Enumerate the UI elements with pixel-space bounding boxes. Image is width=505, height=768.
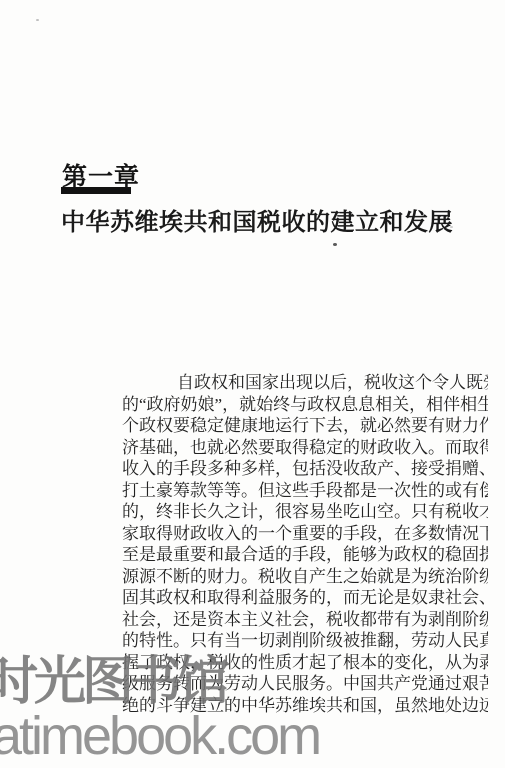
scan-speck bbox=[36, 19, 39, 21]
chapter-title: 中华苏维埃共和国税收的建立和发展 bbox=[61, 202, 453, 237]
chapter-underline-bar bbox=[61, 187, 131, 194]
body-line: 家取得财政收入的一个重要的手段，在多数情况下甚 bbox=[122, 523, 488, 545]
body-line: 打土豪筹款等等。但这些手段都是一次性的或有偿性 bbox=[122, 480, 488, 502]
body-line: 个政权要稳定健康地运行下去，就必然要有财力作经 bbox=[122, 415, 488, 437]
watermark-website-url: atimebook.com bbox=[0, 706, 319, 766]
body-line: 收入的手段多种多样，包括没收敌产、接受捐赠、摊派、 bbox=[122, 458, 488, 480]
scan-speck bbox=[450, 226, 453, 228]
body-line: 固其政权和取得利益服务的，而无论是奴隶社会、封建 bbox=[122, 587, 488, 609]
body-line: 社会，还是资本主义社会，税收都带有为剥削阶级服务 bbox=[122, 609, 488, 631]
body-line: 的“政府奶娘”，就始终与政权息息相关，相伴相生。一 bbox=[122, 394, 488, 416]
scan-speck bbox=[333, 243, 337, 246]
body-line: 的，终非长久之计，很容易坐吃山空。只有税收才是国 bbox=[122, 501, 488, 523]
body-line: 自政权和国家出现以后，税收这个令人既爱又恨 bbox=[122, 372, 488, 394]
body-line: 的特性。只有当一切剥削阶级被推翻，劳动人民真正掌 bbox=[122, 630, 488, 652]
body-line: 济基础，也就必然要取得稳定的财政收入。而取得财政 bbox=[122, 437, 488, 459]
scanned-book-page: 第一章 中华苏维埃共和国税收的建立和发展 自政权和国家出现以后，税收这个令人既爱… bbox=[0, 0, 505, 768]
body-line: 源源不断的财力。税收自产生之始就是为统治阶级巩 bbox=[122, 566, 488, 588]
watermark-library-name: 时光图书馆 bbox=[0, 654, 226, 710]
body-line: 至是最重要和最合适的手段，能够为政权的稳固提供 bbox=[122, 544, 488, 566]
